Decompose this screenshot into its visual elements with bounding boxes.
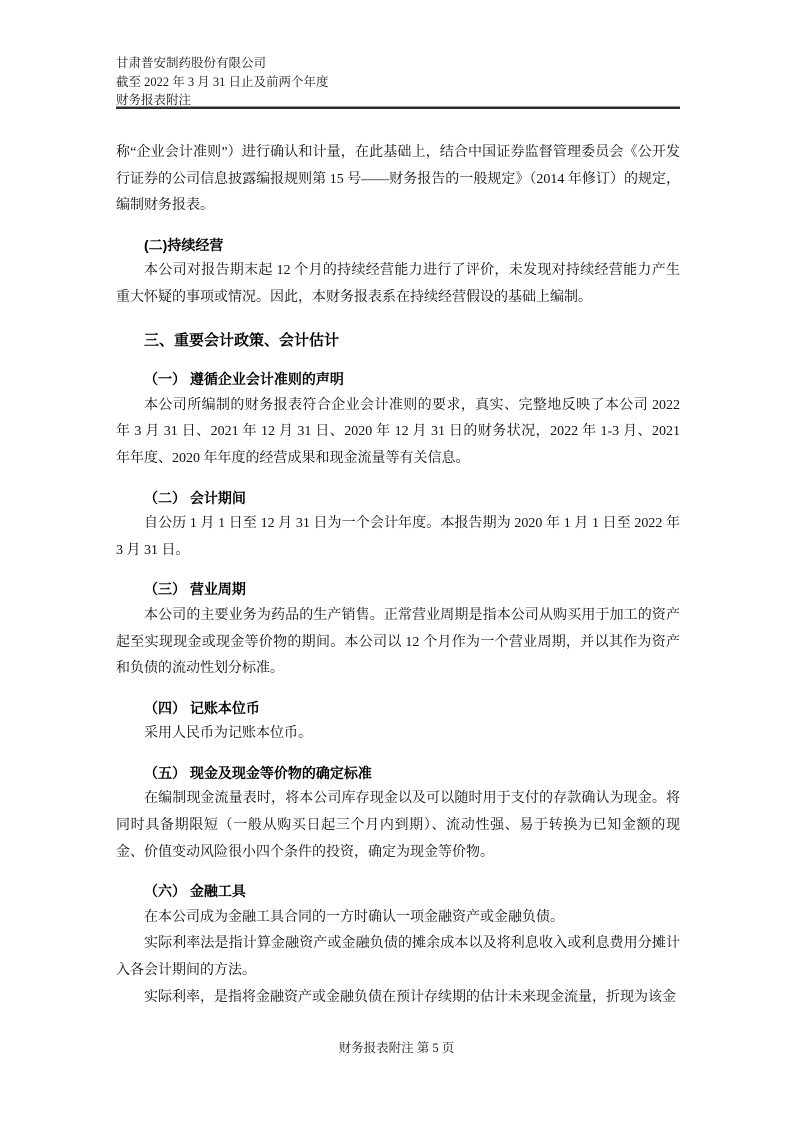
document-page: 甘肃普安制药股份有限公司 截至 2022 年 3 月 31 日止及前两个年度 财… — [0, 0, 793, 1122]
report-period: 截至 2022 年 3 月 31 日止及前两个年度 — [116, 73, 680, 92]
paragraph-effective-interest-rate: 实际利率，是指将金融资产或金融负债在预计存续期的估计未来现金流量，折现为该金 — [116, 985, 680, 1012]
paragraph-going-concern: 本公司对报告期末起 12 个月的持续经营能力进行了评价，未发现对持续经营能力产生… — [116, 258, 680, 311]
paragraph-accounting-period: 自公历 1 月 1 日至 12 月 31 日为一个会计年度。本报告期为 2020… — [116, 511, 680, 564]
paragraph-compliance-statement: 本公司所编制的财务报表符合企业会计准则的要求，真实、完整地反映了本公司 2022… — [116, 393, 680, 473]
header-divider-rule — [116, 106, 680, 109]
company-name: 甘肃普安制药股份有限公司 — [116, 54, 680, 73]
section-heading-1-compliance-statement: （一） 遵循企业会计准则的声明 — [116, 366, 680, 393]
page-footer: 财务报表附注 第 5 页 — [0, 1040, 793, 1057]
section-heading-6-financial-instruments: （六） 金融工具 — [116, 878, 680, 905]
footer-page-label: 财务报表附注 第 5 页 — [339, 1041, 455, 1055]
section-heading-5-cash-equivalents-criteria: （五） 现金及现金等价物的确定标准 — [116, 760, 680, 787]
section-heading-2-accounting-period: （二） 会计期间 — [116, 485, 680, 512]
paragraph-operating-cycle: 本公司的主要业务为药品的生产销售。正常营业周期是指本公司从购买用于加工的资产起至… — [116, 603, 680, 683]
chapter-heading-iii-accounting-policies: 三、重要会计政策、会计估计 — [116, 328, 680, 355]
section-heading-3-operating-cycle: （三） 营业周期 — [116, 576, 680, 603]
section-heading-4-functional-currency: （四） 记账本位币 — [116, 695, 680, 722]
paragraph-cash-equivalents: 在编制现金流量表时，将本公司库存现金以及可以随时用于支付的存款确认为现金。将同时… — [116, 786, 680, 866]
document-body: 称“企业会计准则”）进行确认和计量，在此基础上，结合中国证券监督管理委员会《公开… — [116, 140, 680, 1011]
paragraph-effective-interest-method: 实际利率法是指计算金融资产或金融负债的摊余成本以及将利息收入或利息费用分摊计入各… — [116, 931, 680, 984]
paragraph-financial-instruments-recognition: 在本公司成为金融工具合同的一方时确认一项金融资产或金融负债。 — [116, 905, 680, 932]
section-heading-going-concern: (二)持续经营 — [116, 232, 680, 259]
page-header: 甘肃普安制药股份有限公司 截至 2022 年 3 月 31 日止及前两个年度 财… — [116, 54, 680, 110]
paragraph-functional-currency: 采用人民币为记账本位币。 — [116, 721, 680, 748]
paragraph-continuation-accounting-standards: 称“企业会计准则”）进行确认和计量，在此基础上，结合中国证券监督管理委员会《公开… — [116, 140, 680, 220]
